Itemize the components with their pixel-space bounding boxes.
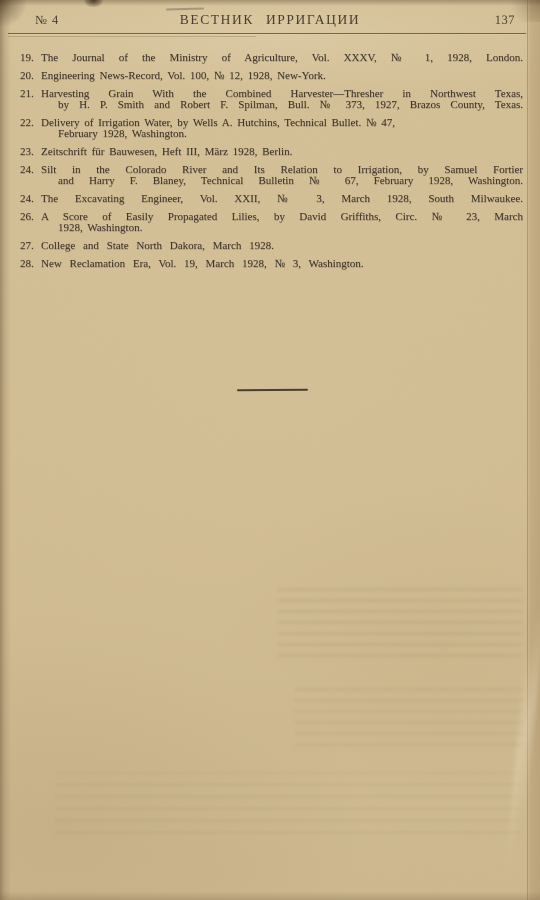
bleed-through-texture	[55, 772, 520, 834]
scan-edge-bottom	[0, 891, 540, 900]
entry-text-line: and Harry F. Blaney, Technical Bulletin …	[41, 176, 523, 187]
bibliography-entry: 22. Delivery of Irrigation Water, by Wel…	[20, 118, 523, 140]
bibliography-entry: 21. Harvesting Grain With the Combined H…	[20, 89, 523, 111]
entry-number: 24.	[20, 194, 34, 205]
bleed-through-texture	[278, 585, 522, 657]
journal-title: ВЕСТНИК ИРРИГАЦИИ	[0, 12, 540, 28]
bibliography-list: 19. The Journal of the Ministry of Agric…	[20, 53, 523, 277]
entry-number: 27.	[20, 241, 34, 252]
bibliography-entry: 23. Zeitschrift für Bauwesen, Heft III, …	[20, 147, 523, 158]
scan-corner-shadow	[506, 0, 540, 22]
entry-text-line: New Reclamation Era, Vol. 19, March 1928…	[41, 259, 523, 270]
bibliography-entry: 19. The Journal of the Ministry of Agric…	[20, 53, 523, 64]
entry-text-line: The Excavating Engineer, Vol. XXII, № 3,…	[41, 194, 523, 205]
entry-text-line: Zeitschrift für Bauwesen, Heft III, März…	[41, 147, 523, 158]
bleed-through-texture	[295, 688, 523, 746]
header-rule-shadow	[8, 36, 256, 37]
bibliography-entry: 24. Silt in the Colorado River and Its R…	[20, 165, 523, 187]
scan-edge-left	[0, 0, 11, 900]
section-divider-rule	[237, 389, 308, 392]
bibliography-entry: 20. Engineering News-Record, Vol. 100, №…	[20, 71, 523, 82]
entry-text-line: by H. P. Smith and Robert F. Spilman, Bu…	[41, 100, 523, 111]
entry-text-line: February 1928, Washington.	[41, 129, 523, 140]
scanned-journal-page: № 4 ВЕСТНИК ИРРИГАЦИИ 137 19. The Journa…	[0, 0, 540, 900]
entry-number: 28.	[20, 259, 34, 270]
bibliography-entry: 28. New Reclamation Era, Vol. 19, March …	[20, 259, 523, 270]
scan-corner-shadow	[0, 0, 30, 26]
entry-number: 23.	[20, 147, 34, 158]
entry-text-line: College and State North Dakora, March 19…	[41, 241, 523, 252]
bibliography-entry: 26. A Score of Easily Propagated Lilies,…	[20, 212, 523, 234]
entry-number: 20.	[20, 71, 34, 82]
entry-number: 19.	[20, 53, 34, 64]
entry-text-line: The Journal of the Ministry of Agricultu…	[41, 53, 523, 64]
entry-text-line: Engineering News-Record, Vol. 100, № 12,…	[41, 71, 523, 82]
entry-number: 21.	[20, 89, 34, 100]
bibliography-entry: 27. College and State North Dakora, Marc…	[20, 241, 523, 252]
entry-number: 26.	[20, 212, 34, 223]
header-rule	[8, 33, 526, 34]
entry-number: 22.	[20, 118, 34, 129]
entry-number: 24.	[20, 165, 34, 176]
entry-text-line: 1928, Washington.	[41, 223, 523, 234]
scan-edge-top	[0, 0, 540, 6]
page-header: № 4 ВЕСТНИК ИРРИГАЦИИ 137	[0, 0, 540, 40]
bibliography-entry: 24. The Excavating Engineer, Vol. XXII, …	[20, 194, 523, 205]
